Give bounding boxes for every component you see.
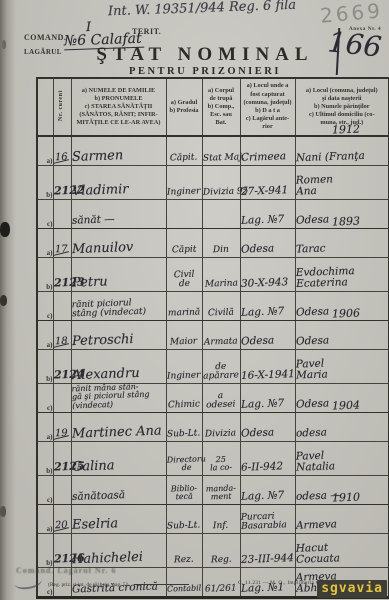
grade: Sub-Lt. (167, 521, 201, 532)
profession-detail: Chimic (168, 400, 200, 411)
given-name-cell: Galina (71, 442, 166, 476)
lagarul-label: LAGĂRUL (24, 48, 62, 56)
row-label-b: b) (37, 258, 53, 292)
row-label-a: a) (37, 321, 53, 350)
health-status: rănit piciorul stâng (vindecat) (71, 298, 146, 319)
nr-cell: 2126 (53, 534, 71, 568)
family-name: Petroschi (71, 333, 133, 349)
nr-cell: 2124 (53, 350, 71, 384)
capture-place: Odesa (240, 335, 274, 347)
profession-cell: Rez. (166, 534, 202, 568)
top-handwritten-note: Int. W. 19351/944 Reg. 6 fila (108, 0, 296, 19)
grade: Maior (170, 338, 198, 348)
document-title: ŞTAT NOMINAL (60, 44, 350, 66)
nr-cell: 2123 (53, 258, 71, 292)
unit-cell: 61/261 (202, 568, 240, 598)
nr-cell: 20 (53, 505, 71, 534)
profession-detail: Biblio- tecă (171, 484, 198, 502)
previous-camp-cell: Lag. №7 (240, 200, 295, 229)
birth-place-cell: 1893Tarac (295, 229, 389, 258)
health-cell: sănătoasă (71, 476, 166, 505)
scan-artifact (2, 40, 6, 49)
header-captured: a) Locul unde a fost capturat (comuna, j… (240, 78, 295, 136)
row-label-b: b) (37, 534, 53, 568)
unit: Din (213, 246, 229, 256)
birth-place: Odesa (295, 335, 329, 347)
profession-cell: Directoru de (166, 442, 202, 476)
grade-cell: Maior (166, 321, 202, 350)
last-domicile: Odesa (295, 306, 329, 318)
unit: Stat Maj. (202, 153, 244, 164)
capture-date: 23-III-944 (240, 553, 293, 566)
capture-date-cell: 27-X-941 (240, 166, 295, 200)
unit: Armata (204, 337, 238, 348)
unit-cell: Reg. (202, 534, 240, 568)
previous-camp: Lag. №7 (240, 214, 284, 227)
family-name: Manuilov (71, 241, 133, 257)
family-name-cell: Petroschi (71, 321, 166, 350)
unit-cell: a odesei (202, 384, 240, 413)
given-name: Hahichelei (71, 551, 142, 567)
family-name-cell: Eselria (71, 505, 166, 534)
parents-names: Romen Ana (295, 174, 333, 197)
profession: Inginer (167, 187, 201, 198)
given-name: Alexandru (71, 367, 139, 383)
unit-cell: Din (202, 229, 240, 258)
row-label-c: c) (37, 292, 53, 321)
family-name-cell: Manuilov (71, 229, 166, 258)
row-label-c: c) (37, 384, 53, 413)
row-label-c: c) (37, 476, 53, 505)
nr-cell: 16 (53, 136, 71, 166)
previous-camp-cell: Lag. №7 (240, 292, 295, 321)
unit-detail: a odesei (206, 391, 236, 411)
parents-cell: Pavel Maria (295, 350, 389, 384)
given-name: Petru (71, 275, 107, 290)
unit: Inf. (213, 522, 229, 532)
nr-cell: 17 (53, 229, 71, 258)
capture-date-cell: 30-X-943 (240, 258, 295, 292)
given-name: Galina (71, 459, 114, 474)
birth-place: Nani (Franţa (295, 151, 364, 164)
row-label-a: a) (37, 505, 53, 534)
page-number-handwritten: 166 (326, 27, 382, 62)
birth-place-cell: 1910Armeva (295, 505, 389, 534)
header-empty (37, 78, 53, 136)
unit-detail: Marina (204, 279, 237, 290)
parents-cell: Romen Ana (295, 166, 389, 200)
given-name-cell: Hahichelei (71, 534, 166, 568)
grade-cell: Căpit. (166, 136, 202, 166)
profession: Directoru de (166, 455, 206, 473)
row-label-b: b) (37, 350, 53, 384)
unit-detail: Civilă (208, 309, 234, 319)
row-label-a: a) (37, 229, 53, 258)
family-name-cell: Sarmen (71, 136, 166, 166)
unit-cell: Divizia (202, 413, 240, 442)
old-number: 18 (54, 337, 67, 348)
nr-cell (53, 476, 71, 505)
grade: Sub-Lt. (167, 429, 201, 440)
profession-cell (166, 200, 202, 229)
unit-cell: 25 la co- (202, 442, 240, 476)
parents-names: Hacut Cocuata (295, 542, 339, 566)
profession-cell: marină (166, 292, 202, 321)
nr-cell: 2125 (53, 442, 71, 476)
old-number: 16 (54, 153, 67, 164)
unit-cell: Civilă (202, 292, 240, 321)
grade: Căpit. (170, 154, 198, 164)
grade: Căpit (172, 246, 197, 256)
prisoner-table: Nr. curent a) NUMELE DE FAMILIE b) PRONU… (36, 77, 389, 599)
row-label-c: c) (37, 200, 53, 229)
row-label-a: a) (37, 413, 53, 442)
grade-cell: Căpit (166, 229, 202, 258)
last-domicile: Odesa (295, 398, 329, 410)
row-label-a: a) (37, 136, 53, 166)
given-name: Vladimir (71, 183, 128, 199)
old-number: 17 (54, 245, 67, 256)
profession: Inginer (167, 371, 201, 382)
birth-place-cell: 1906Odesa (295, 321, 389, 350)
header-name: a) NUMELE DE FAMILIE b) PRONUMELE c) STA… (71, 78, 166, 136)
family-name: Eselria (71, 517, 118, 532)
birth-year: 1912 (331, 124, 359, 137)
nr-cell (53, 292, 71, 321)
birth-place: Tarac (295, 243, 325, 255)
profession-detail: marină (168, 308, 201, 319)
health-cell: sănăt — (71, 200, 166, 229)
nr-cell (53, 384, 71, 413)
unit-detail: manda- ment (206, 484, 237, 502)
unit-detail: de apărare (203, 362, 239, 382)
previous-camp: Lag. №7 (240, 306, 284, 319)
row-label-b: b) (37, 442, 53, 476)
capture-date-cell: 6-II-942 (240, 442, 295, 476)
birth-place: odesa (295, 427, 326, 439)
unit-cell: Inf. (202, 505, 240, 534)
capture-date-cell: 23-III-944 (240, 534, 295, 568)
capture-place-cell: Crimeea (240, 136, 295, 166)
profession: Rez. (174, 556, 194, 566)
birth-year: 1904 (331, 400, 359, 413)
document-subtitle: PENTRU PRIZONIERI (60, 66, 350, 77)
header-grad: a) Gradul b) Profesia (166, 78, 202, 136)
health-status: rănit mâna stân- gă şi piciorul stâng (v… (71, 383, 149, 411)
family-name-cell: Martinec Ana (71, 413, 166, 442)
capture-place-cell: Odesa (240, 321, 295, 350)
profession: Civil de (173, 270, 194, 290)
capture-date-cell: 16-X-1941 (240, 350, 295, 384)
unit-cell: Divizia 95 (202, 166, 240, 200)
unit-cell: de apărare (202, 350, 240, 384)
previous-camp-cell: Lag. №7 (240, 476, 295, 505)
unit-cell: Stat Maj. (202, 136, 240, 166)
family-name: Martinec Ana (71, 424, 161, 441)
birth-year: 1893 (331, 216, 359, 229)
scan-artifact (0, 295, 7, 306)
parents-cell: Evdochima Ecaterina (295, 258, 389, 292)
capture-place-cell: Odesa (240, 229, 295, 258)
unit-detail: 25 la co- (210, 455, 232, 473)
unit-cell: Marina (202, 258, 240, 292)
capture-place: Odesa (240, 243, 274, 255)
unit-detail: Reg. (210, 556, 231, 566)
birth-place-cell: 1912Nani (Franţa (295, 136, 389, 166)
form-footnote: (Reg. priz. şi int. de războiu, pag. 51. (48, 582, 189, 588)
unit-cell: Armata (202, 321, 240, 350)
health-cell: rănit piciorul stâng (vindecat) (71, 292, 166, 321)
header-nr-curent: Nr. curent (53, 78, 71, 136)
scan-artifact (0, 222, 10, 237)
nr-cell: 18 (53, 321, 71, 350)
previous-camp-cell: Lag. №7 (240, 384, 295, 413)
nr-cell: 19 (53, 413, 71, 442)
given-name-cell: Alexandru (71, 350, 166, 384)
header-corp: a) Corpul de trupă b) Comp., Esc. sau Ba… (202, 78, 240, 136)
birth-place: Armeva (295, 519, 336, 531)
capture-place: Purcari Basarabia (240, 512, 286, 532)
profession-cell: Chimic (166, 384, 202, 413)
parents-cell: Pavel Natalia (295, 442, 389, 476)
nr-cell (53, 200, 71, 229)
profession-cell: Inginer (166, 350, 202, 384)
birth-place-cell: 1904odesa (295, 413, 389, 442)
profession-cell: Biblio- tecă (166, 476, 202, 505)
profession-cell: Inginer (166, 166, 202, 200)
profession-cell: Civil de (166, 258, 202, 292)
registry-stamp-number: 2669 (319, 0, 384, 28)
old-number: 20 (54, 521, 67, 532)
capture-date: 16-X-1941 (240, 369, 294, 382)
capture-place: Crimeea (240, 151, 285, 164)
given-name-cell: Vladimir (71, 166, 166, 200)
parents-names: Evdochima Ecaterina (295, 266, 355, 290)
parents-names: Pavel Maria (295, 358, 327, 381)
unit: Divizia (205, 429, 236, 440)
camp-line: LAGĂRUL №6 Calafat (24, 41, 62, 59)
previous-camp: Lag. №7 (240, 490, 284, 503)
old-number: 19 (54, 429, 67, 440)
birth-year: 1910 (331, 492, 359, 505)
capture-place: Odesa (240, 427, 274, 439)
parents-cell: Hacut Cocuata (295, 534, 389, 568)
unit-cell (202, 200, 240, 229)
capture-date: 6-II-942 (240, 461, 282, 473)
scanned-document-page: Int. W. 19351/944 Reg. 6 fila 2669 Anexa… (0, 0, 389, 600)
capture-date: 27-X-941 (240, 185, 288, 198)
health-cell: rănit mâna stân- gă şi piciorul stâng (v… (71, 384, 166, 413)
unit-detail: 61/261 (205, 584, 237, 595)
grade-cell: Sub-Lt. (166, 505, 202, 534)
birth-year: 1906 (331, 308, 359, 321)
nr-cell: 2122 (53, 166, 71, 200)
scan-artifact (0, 506, 6, 517)
watermark-label: sgvavia (317, 580, 387, 598)
previous-camp: Lag. №7 (240, 398, 284, 411)
family-name: Sarmen (71, 149, 123, 164)
row-label-b: b) (37, 166, 53, 200)
capture-place-cell: Purcari Basarabia (240, 505, 295, 534)
health-status: sănătoasă (71, 490, 124, 503)
given-name-cell: Petru (71, 258, 166, 292)
unit-cell: manda- ment (202, 476, 240, 505)
last-domicile: Odesa (295, 214, 329, 226)
health-status: sănăt — (71, 214, 114, 227)
capture-date: 30-X-943 (240, 277, 288, 290)
parents-names: Pavel Natalia (295, 450, 335, 473)
grade-cell: Sub-Lt. (166, 413, 202, 442)
capture-place-cell: Odesa (240, 413, 295, 442)
